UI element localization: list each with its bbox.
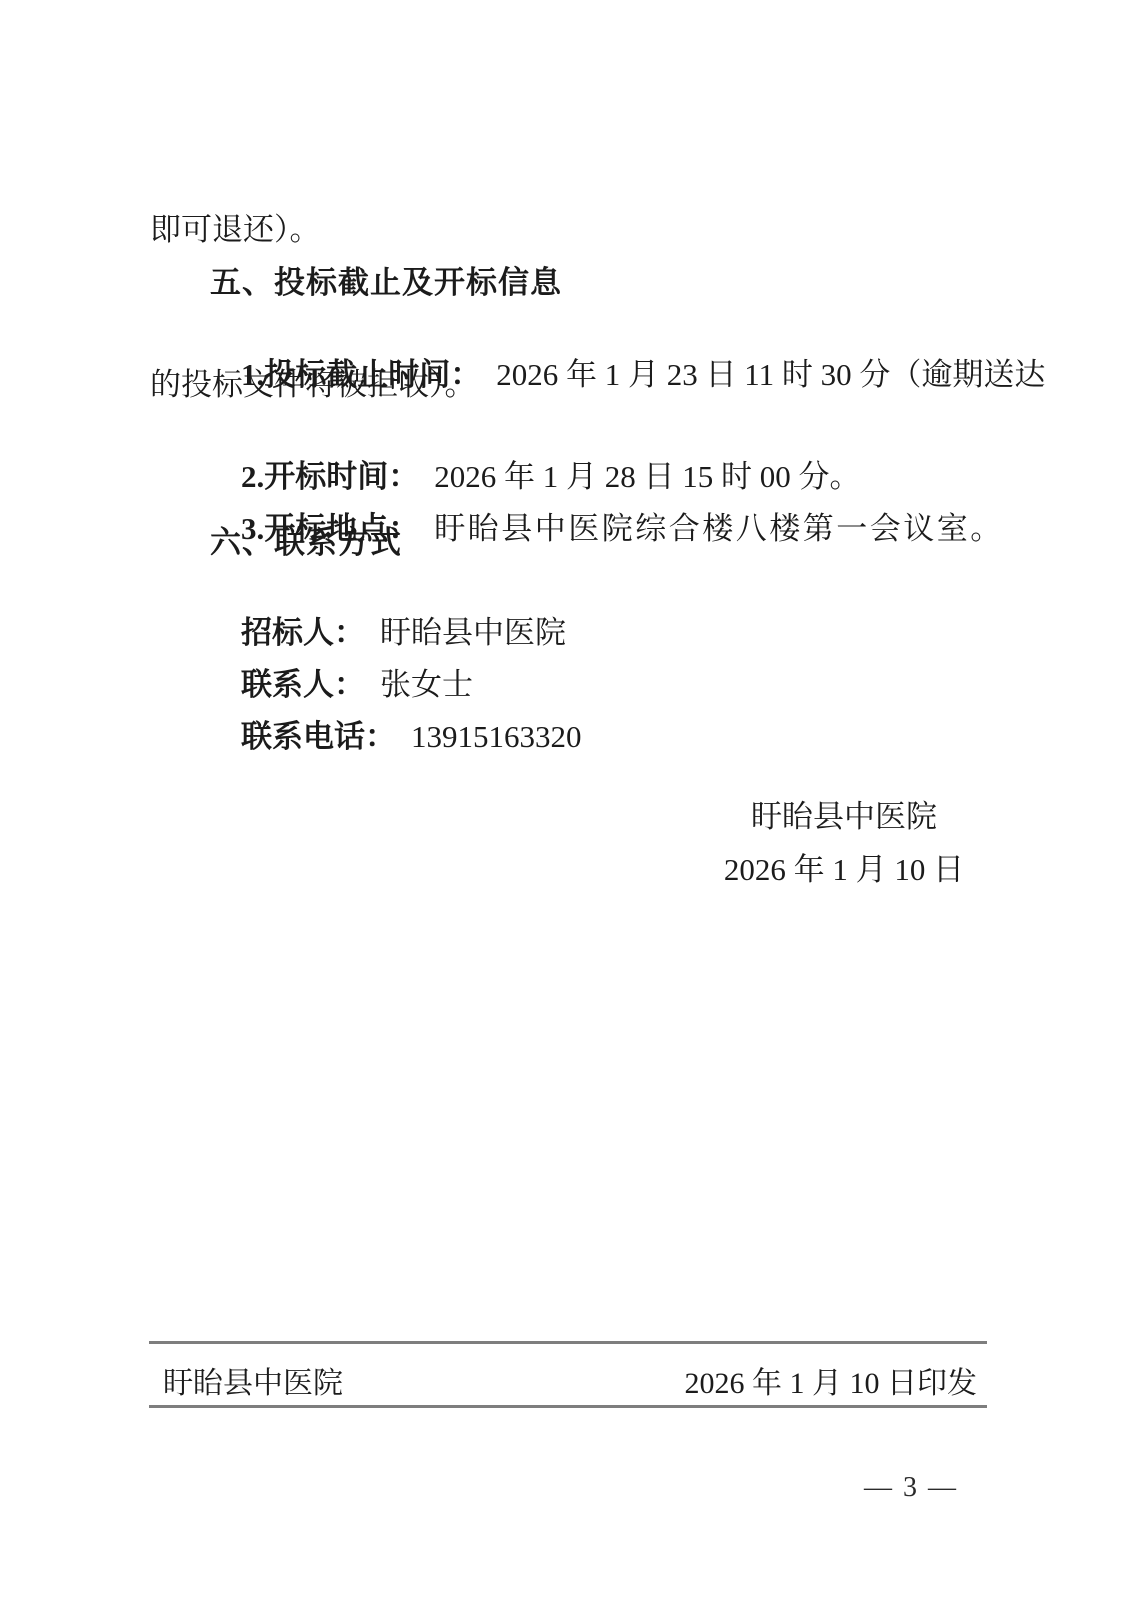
contact-phone-label: 联系电话：	[241, 719, 396, 754]
signature-date: 2026 年 1 月 10 日	[694, 851, 994, 889]
footer-rule-top	[149, 1341, 987, 1344]
section-5-heading: 五、投标截止及开标信息	[210, 264, 562, 302]
contact-phone-value: 13915163320	[411, 719, 582, 754]
document-page: 即可退还）。 五、投标截止及开标信息 1.投标截止时间：2026 年 1 月 2…	[0, 0, 1131, 1600]
footer-issue-date: 2026 年 1 月 10 日印发	[685, 1358, 978, 1402]
footer-issuing-org: 盱眙县中医院	[163, 1358, 343, 1402]
bid-deadline-line2: 的投标文件将被拒收）。	[150, 366, 476, 404]
section-6-heading: 六、联系方式	[210, 524, 402, 562]
bid-deadline-value: 2026 年 1 月 23 日 11 时 30 分（逾期送达	[496, 357, 1045, 392]
page-number: — 3 —	[864, 1472, 958, 1504]
contact-phone-line: 联系电话：13915163320	[210, 680, 582, 794]
opening-place-value: 盱眙县中医院综合楼八楼第一会议室。	[434, 511, 1004, 546]
carryover-paragraph-text: 即可退还）。	[150, 211, 321, 249]
signature-org: 盱眙县中医院	[694, 798, 994, 836]
footer-rule-bottom	[149, 1405, 987, 1408]
